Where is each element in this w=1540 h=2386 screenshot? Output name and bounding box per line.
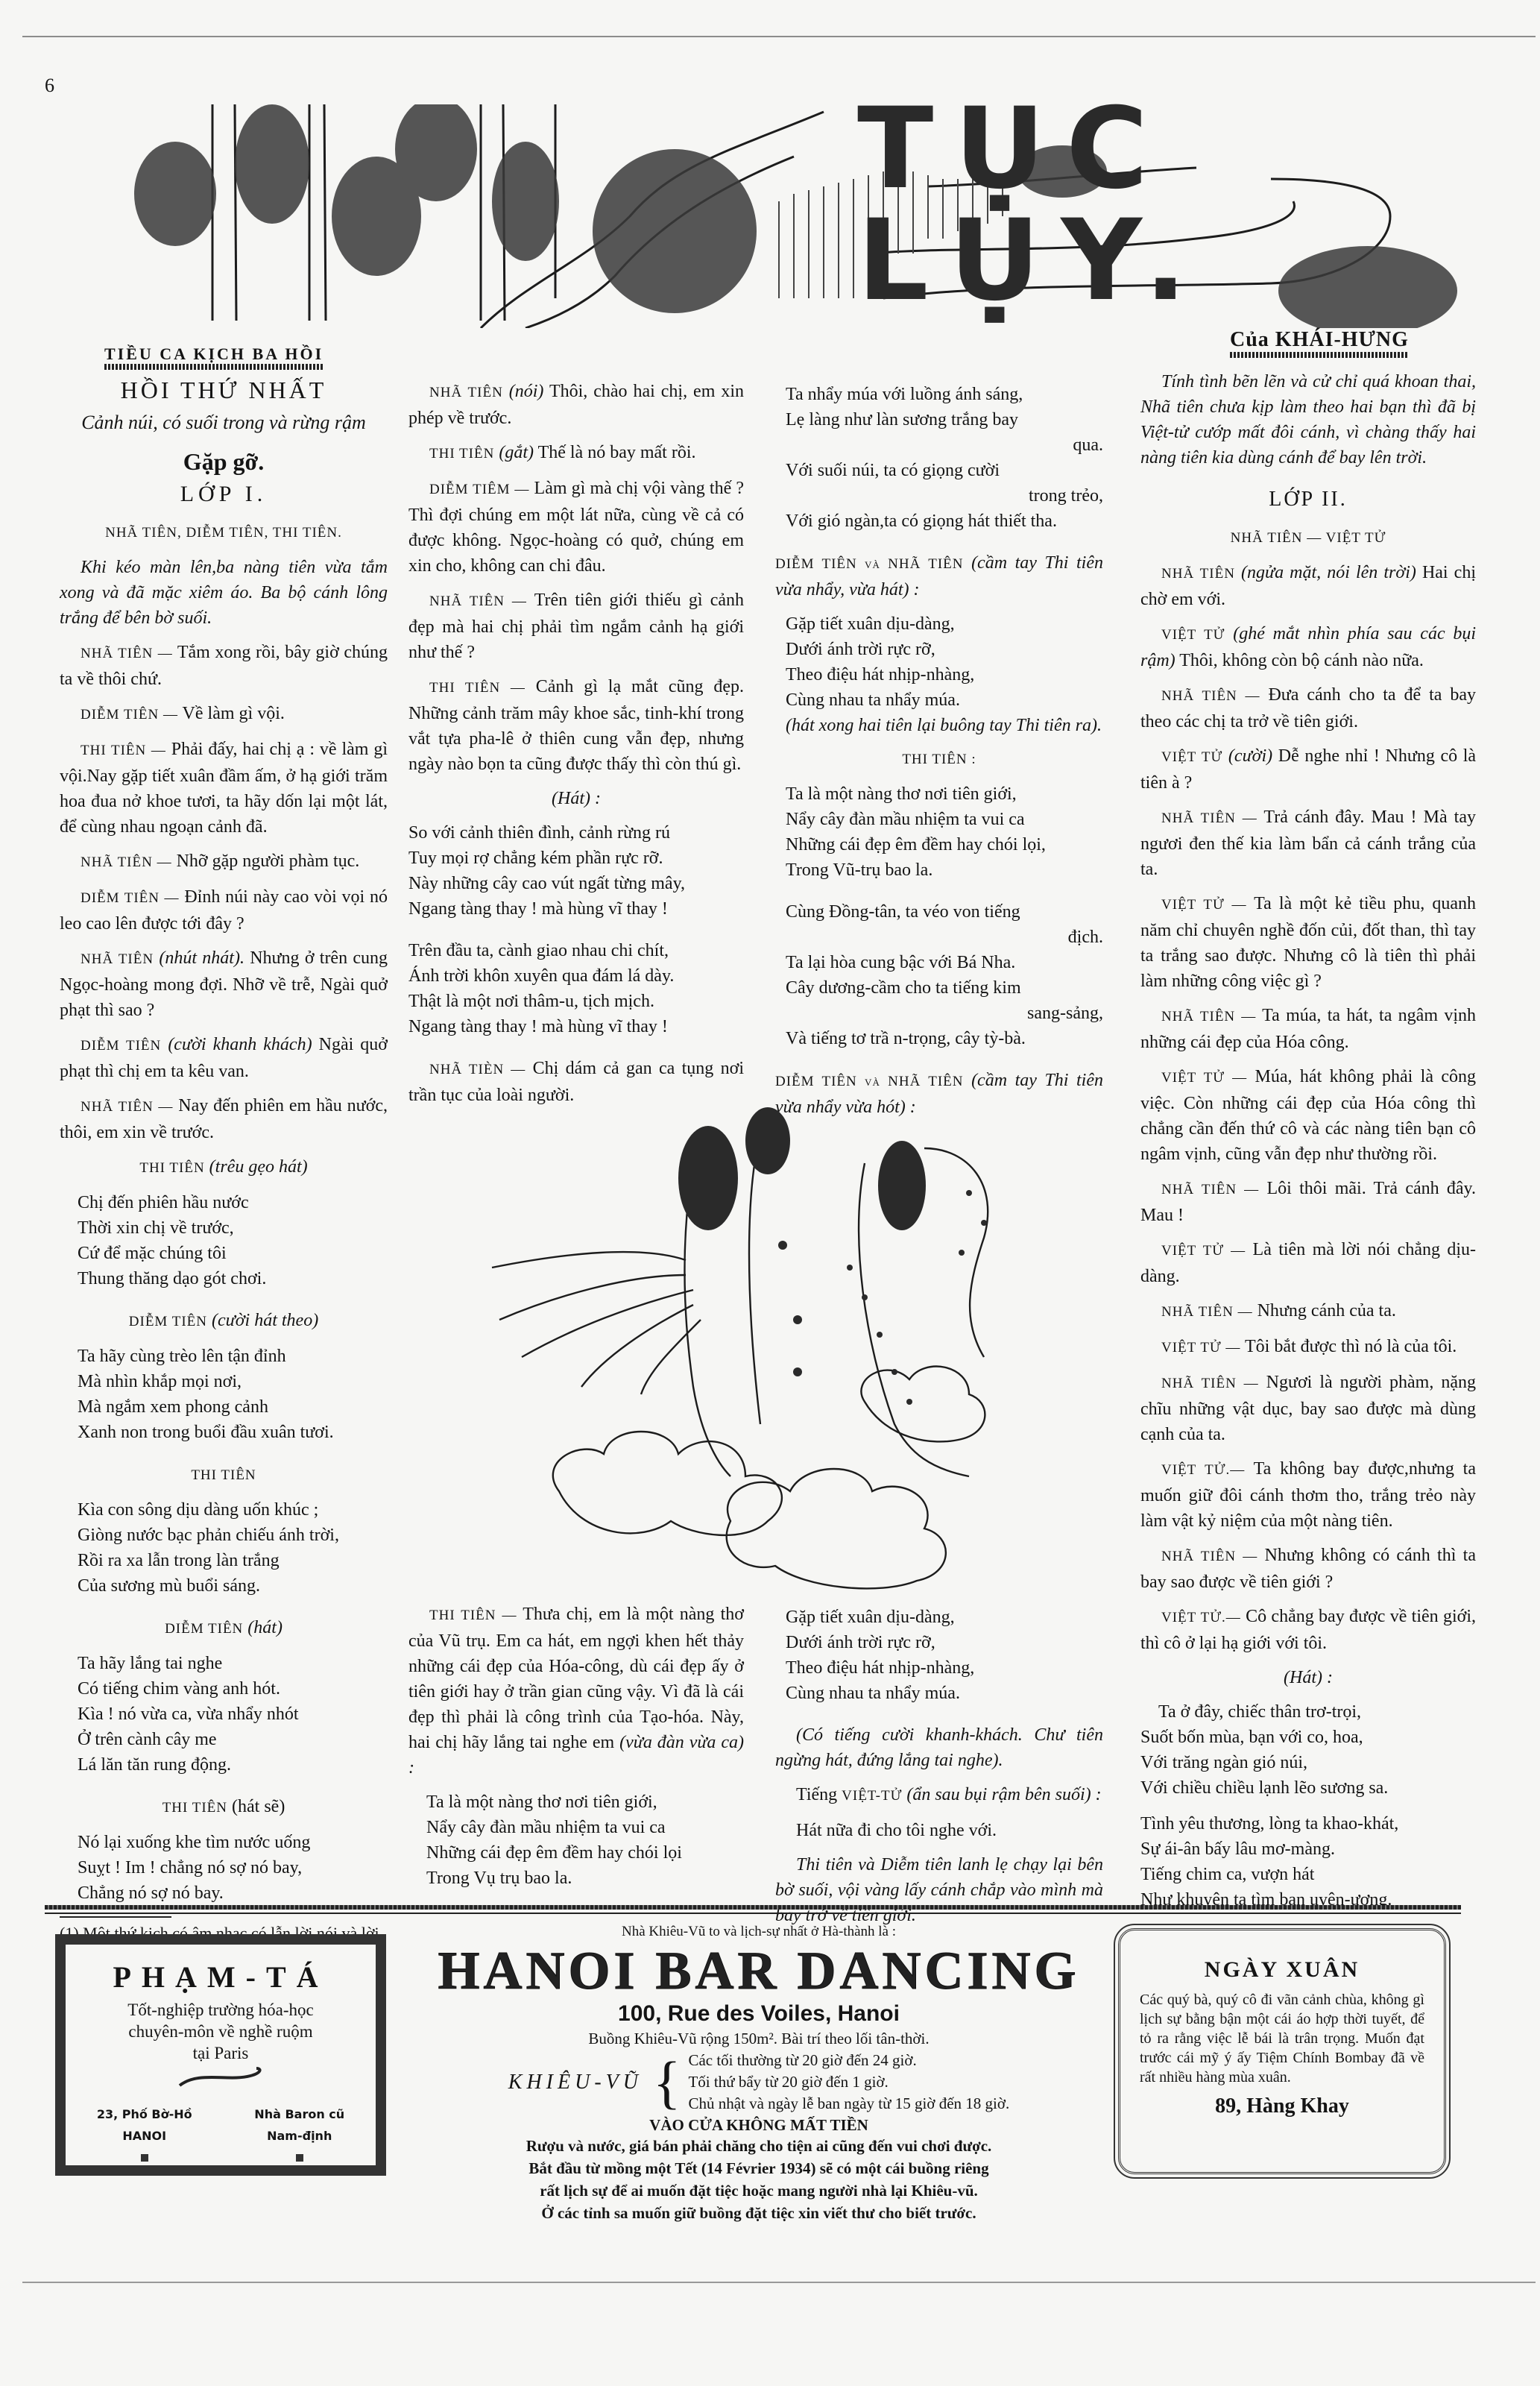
text-column2-verse2-2: Thật là một nơi thâm-u, tịch mịch. <box>408 989 744 1014</box>
three-fairies-illustration <box>447 1074 1103 1596</box>
text-column3-thi-verse1-0: Ta là một nàng thơ nơi tiên giới, <box>786 781 1103 807</box>
song-verse: Ta là một nàng thơ nơi tiên giới,Nẩy cây… <box>786 781 1103 883</box>
text-ads-hanoi-bar-hours-1: Tối thứ bẩy từ 20 giờ đến 1 giờ. <box>688 2071 1009 2093</box>
text-ads-hanoi-bar-body-0: Rượu và nước, giá bán phải chăng cho tiệ… <box>408 2135 1109 2157</box>
dialogue-line: NHÃ TIÊN — Ta múa, ta hát, ta ngâm vịnh … <box>1140 1003 1476 1055</box>
layout-element <box>727 1469 946 1588</box>
text-column1-lines-1-text: Về làm gì vội. <box>183 704 285 723</box>
text-column2-lower-verse-2: Những cái đẹp êm đềm hay chói lọi <box>426 1840 744 1866</box>
text-column2-verse2-1: Ánh trời khôn xuyên qua đám lá dày. <box>408 963 744 989</box>
text-column1-songs-0-speaker: THI TIÊN <box>139 1160 204 1176</box>
text-column4-verse1-3: Với chiều chiều lạnh lẽo sương sa. <box>1140 1775 1476 1801</box>
text-column4-lines-4-speaker: NHÃ TIÊN — <box>1161 810 1257 826</box>
song-verse: Ta hãy lắng tai ngheCó tiếng chim vàng a… <box>78 1651 388 1778</box>
layout-element <box>892 1369 897 1375</box>
text-column2-verse1-3: Ngang tàng thay ! mà hùng vĩ thay ! <box>408 896 744 922</box>
song-heading: DIỄM TIÊN (hát) <box>60 1615 388 1642</box>
text-column2-lines-2-speaker: DIỄM TIÊM — <box>429 482 529 497</box>
text-ads-pham-ta-desc-0: Tốt-nghiệp trường hóa-học <box>66 1999 376 2021</box>
dialogue-line: VIỆT TỬ — Múa, hát không phải là công vi… <box>1140 1064 1476 1167</box>
text-column2-lines-4-speaker: THI TIÊN — <box>429 680 526 696</box>
text-column4-lines-1-speaker: VIỆT TỬ <box>1161 627 1225 643</box>
text-ads-pham-ta-desc-2: tại Paris <box>66 2042 376 2064</box>
series-label: TIỀU CA KỊCH BA HỒI <box>104 344 324 370</box>
text-column2-verse1-1: Tuy mọi rợ chẳng kém phần rực rỡ. <box>408 846 744 871</box>
text-column2-lower-text: Thưa chị, em là một nàng thơ của Vũ trụ.… <box>408 1605 744 1752</box>
text-column4-verse1-1: Suốt bốn mùa, bạn với co, hoa, <box>1140 1725 1476 1750</box>
text-column4-verse2-2: Tiếng chim ca, vượn hát <box>1140 1862 1476 1887</box>
text-column4-lines-6-speaker: NHÃ TIÊN — <box>1161 1009 1256 1024</box>
stage-direction: (hát xong hai tiên lại buông tay Thi tiê… <box>786 713 1103 738</box>
song-verse: Ta hãy cùng trèo lên tận đỉnhMà nhìn khắ… <box>78 1344 388 1445</box>
dialogue-line: VIỆT TỬ — Tôi bắt được thì nó là của tôi… <box>1140 1334 1476 1361</box>
text-column3-duet-verse-0: Gặp tiết xuân dịu-dàng, <box>786 611 1103 637</box>
text-column1-songs-2-speaker: THI TIÊN <box>191 1467 256 1483</box>
ad-pham-ta: PHẠM-TÁ Tốt-nghiệp trường hóa-họcchuyên-… <box>55 1934 386 2176</box>
text-column4-lines-2-speaker: NHÃ TIÊN — <box>1161 688 1260 704</box>
ad-ngay-xuan: NGÀY XUÂN Các quý bà, quý cô đi vãn cảnh… <box>1118 1928 1446 2174</box>
text-ads-hanoi-bar-hours-2: Chủ nhật và ngày lễ ban ngày từ 15 giờ đ… <box>688 2093 1009 2115</box>
text-column4-lines-12-speaker: NHÃ TIÊN — <box>1161 1376 1259 1391</box>
dialogue-line: THI TIÊN — Cảnh gì lạ mắt cũng đẹp. Nhữn… <box>408 674 744 777</box>
offstage-voice: Tiếng VIỆT-TỬ (ẩn sau bụi rậm bên suối) … <box>775 1782 1103 1809</box>
layout-element <box>593 149 757 313</box>
layout-element <box>745 1107 790 1174</box>
layout-element <box>235 104 309 224</box>
text-column3-lower-voice-prefix: Tiếng <box>796 1785 837 1804</box>
dialogue-line: THI TIÊN — Thưa chị, em là một nàng thơ … <box>408 1602 744 1781</box>
layout-element <box>492 1252 701 1394</box>
layout-element <box>862 1294 868 1300</box>
text-column3-verse-top-0-t: Ta nhẩy múa với luồng ánh sáng, <box>786 382 1103 407</box>
layout-element <box>877 1332 883 1338</box>
author-underline <box>1230 352 1409 358</box>
text-column1-songs-3-verse-1: Có tiếng chim vàng anh hót. <box>78 1676 388 1702</box>
text-column2-lines-1-speaker: THI TIÊN <box>429 446 494 462</box>
text-column1-songs-4-verse-1: Suỵt ! Im ! chẳng nó sợ nó bay, <box>78 1855 388 1880</box>
text-column2-lower-verse-1: Nẩy cây đàn mầu nhiệm ta vui ca <box>426 1815 744 1840</box>
song-verse: Ta ở đây, chiếc thân trơ-trọi,Suốt bốn m… <box>1140 1699 1476 1801</box>
text-ads-hanoi-bar-hours-0: Các tối thường từ 20 giờ đến 24 giờ. <box>688 2050 1009 2071</box>
text-column2-lines-3-speaker: NHÃ TIÊN — <box>429 594 527 609</box>
song-heading: THI TIÊN (trêu gẹo hát) <box>60 1154 388 1181</box>
text-column1-songs-4-verse-0: Nó lại xuống khe tìm nước uống <box>78 1830 388 1855</box>
bottom-rule <box>22 2282 1536 2283</box>
ad-hanoi-bar-name: HANOI BAR DANCING <box>408 1940 1109 2001</box>
text-column3-thi-verse2-0-t: Cùng Đồng-tân, ta véo von tiếng <box>786 899 1103 925</box>
column-3: Ta nhẩy múa với luồng ánh sáng,Lẹ làng n… <box>775 379 1103 1129</box>
text-column4-lines-7-speaker: VIỆT TỬ — <box>1161 1070 1247 1086</box>
text-column3-lower-verse-0: Gặp tiết xuân dịu-dàng, <box>786 1605 1103 1630</box>
dialogue-line: VIỆT TỬ (ghé mắt nhìn phía sau các bụi r… <box>1140 621 1476 673</box>
song-verse: Ta nhẩy múa với luồng ánh sáng,Lẹ làng n… <box>786 382 1103 534</box>
text-column3-lower-voice-direction: (ẩn sau bụi rậm bên suối) : <box>906 1785 1101 1804</box>
dialogue-line: NHÃ TIÊN — Nay đến phiên em hầu nước, th… <box>60 1093 388 1145</box>
lop-heading: LỚP II. <box>1140 487 1476 512</box>
text-column3-thi-verse1-3: Trong Vũ-trụ bao la. <box>786 857 1103 883</box>
title-word-2: LỤY. <box>857 205 1208 317</box>
text-ads-pham-ta-address-left-0: 23, Phố Bờ-Hồ <box>97 2103 192 2125</box>
text-column1-songs-3-speaker: DIỄM TIÊN <box>165 1621 243 1637</box>
song-verse: Chị đến phiên hầu nướcThời xin chị về tr… <box>78 1190 388 1291</box>
text-column1-songs-0-verse-2: Cứ để mặc chúng tôi <box>78 1241 388 1266</box>
layout-element <box>878 1141 926 1230</box>
text-ads-pham-ta-address-left-1: HANOI <box>97 2125 192 2147</box>
text-column3-duet-verse-3: Cùng nhau ta nhẩy múa. <box>786 687 1103 713</box>
intro-paragraph: Tính tình bẽn lẽn và cử chỉ quá khoan th… <box>1140 369 1476 470</box>
ad-hours: KHIÊU-VŨ { Các tối thường từ 20 giờ đến … <box>408 2050 1109 2115</box>
text-column2-lines-0-speaker: NHÃ TIÊN <box>429 385 503 400</box>
text-header-series: TIỀU CA KỊCH BA HỒI <box>104 344 324 364</box>
bullet-square-icon <box>141 2154 148 2162</box>
dialogue-line: NHÃ TIÊN — Nhưng không có cánh thì ta ba… <box>1140 1543 1476 1595</box>
text-column1-songs-1-direction: (cười hát theo) <box>212 1311 318 1330</box>
address-hanoi: 23, Phố Bờ-HồHANOI <box>97 2103 192 2168</box>
text-column2-lower-verse-0: Ta là một nàng thơ nơi tiên giới, <box>426 1789 744 1815</box>
text-column1-songs-0-direction: (trêu gẹo hát) <box>209 1157 308 1177</box>
text-column1-songs-1-verse-2: Mà ngắm xem phong cảnh <box>78 1394 388 1420</box>
text-column4-lines-8-speaker: NHÃ TIÊN — <box>1161 1182 1259 1197</box>
layout-element <box>678 1107 987 1405</box>
dialogue-line: THI TIÊN — Phải đấy, hai chị ạ : về làm … <box>60 737 388 840</box>
text-column4-lines-11-text: Tôi bắt được thì nó là của tôi. <box>1245 1337 1457 1356</box>
layout-element <box>924 1148 988 1357</box>
dialogue-line: NHÃ TIÊN — Tắm xong rồi, bây giờ chúng t… <box>60 640 388 692</box>
layout-element <box>906 1399 912 1405</box>
text-ads-pham-ta-address-right-1: Nam-định <box>254 2125 344 2147</box>
top-rule <box>22 36 1536 37</box>
text-column4-lines-14-speaker: NHÃ TIÊN — <box>1161 1549 1257 1564</box>
song-heading: THI TIÊN : <box>775 747 1103 772</box>
text-column3-duet-verse-1: Dưới ánh trời rực rỡ, <box>786 637 1103 662</box>
text-column2-verse2-0: Trên đầu ta, cành giao nhau chi chít, <box>408 938 744 963</box>
text-column3-thi-verse1-1: Nẩy cây đàn mầu nhiệm ta vui ca <box>786 807 1103 832</box>
dialogue-line: VIỆT TỬ — Là tiên mà lời nói chẳng dịu-d… <box>1140 1237 1476 1289</box>
text-column4-lines-0-direction: (ngửa mặt, nói lên trời) <box>1241 563 1416 582</box>
song-heading: DIỄM TIÊN (cười hát theo) <box>60 1308 388 1335</box>
duet-direction: DIỄM TIÊN và NHÃ TIÊN (cầm tay Thi tiên … <box>775 550 1103 602</box>
layout-element <box>847 1265 853 1271</box>
text-column1-songs-2-verse-2: Rồi ra xa lẫn trong làn trắng <box>78 1548 388 1573</box>
text-column1-songs-4-direction: (hát sẽ) <box>232 1797 285 1816</box>
layout-element <box>778 1241 787 1250</box>
ad-pham-ta-addresses: 23, Phố Bờ-HồHANOI Nhà Baron cũNam-định <box>66 2103 376 2168</box>
text-column1-songs-3-verse-3: Ở trên cành cây me <box>78 1727 388 1752</box>
song-heading: THI TIÊN <box>60 1461 388 1488</box>
text-column1-songs-4-verse-2: Chẳng nó sợ nó bay. <box>78 1880 388 1906</box>
column-4: Tính tình bẽn lẽn và cử chỉ quá khoan th… <box>1140 369 1476 1929</box>
scene-description: Cảnh núi, có suối trong và rừng rậm <box>60 410 388 435</box>
text-column3-thi-verse2-1-t: địch. <box>786 925 1103 950</box>
text-ads-pham-ta-desc-1: chuyên-môn về nghề ruộm <box>66 2021 376 2042</box>
text-column4-lines-11-speaker: VIỆT TỬ — <box>1161 1340 1240 1356</box>
text-column1-lines-3-text: Nhỡ gặp người phàm tục. <box>177 852 360 871</box>
layout-element <box>959 1250 965 1256</box>
text-column2-lines-1-text: Thế là nó bay mất rồi. <box>538 443 696 462</box>
text-column3-verse-top-5-t: Với gió ngàn,ta có giọng hát thiết tha. <box>786 509 1103 534</box>
text-column2-lines-0-direction: (nói) <box>509 382 544 401</box>
text-column1-songs-3-direction: (hát) <box>247 1618 283 1637</box>
ornament-swash-icon <box>176 2067 265 2089</box>
text-ads-hanoi-bar-body-2: rất lịch sự để ai muốn đặt tiệc hoặc man… <box>408 2179 1109 2202</box>
dialogue-line: NHÃ TIÊN — Lôi thôi mãi. Trả cánh đây. M… <box>1140 1176 1476 1228</box>
text-column3-thi-verse2-2-t: Ta lại hòa cung bậc với Bá Nha. <box>786 950 1103 975</box>
layout-element <box>793 1367 802 1376</box>
character-list: NHÃ TIÊN — VIỆT TỬ <box>1140 526 1476 551</box>
sing-label: (Hát) : <box>408 786 744 811</box>
text-column1-songs-3-verse-4: Lá lăn tăn rung động. <box>78 1752 388 1778</box>
text-column1-lines-4-speaker: DIỄM TIÊN — <box>81 890 180 906</box>
text-column1-songs-2-verse-3: Của sương mù buổi sáng. <box>78 1573 388 1599</box>
text-column1-lines-0-speaker: NHÃ TIÊN — <box>81 646 173 661</box>
text-column1-songs-0-verse-0: Chị đến phiên hầu nước <box>78 1190 388 1215</box>
text-column3-thi-verse1-2: Những cái đẹp êm đềm hay chói lọi, <box>786 832 1103 857</box>
text-column1-songs-1-verse-3: Xanh non trong buổi đầu xuân tươi. <box>78 1420 388 1445</box>
text-column2-verse1-2: Này những cây cao vút ngất từng mây, <box>408 871 744 896</box>
text-column1-lines-5-direction: (nhút nhát). <box>159 948 244 968</box>
text-column3-lower-verse-3: Cùng nhau ta nhẩy múa. <box>786 1681 1103 1706</box>
text-column3-duet-verse-2: Theo điệu hát nhịp-nhàng, <box>786 662 1103 687</box>
dialogue-line: DIỄM TIÊN — Về làm gì vội. <box>60 701 388 728</box>
text-column3-thi-verse2-4-t: sang-sảng, <box>786 1001 1103 1026</box>
layout-element <box>492 142 559 261</box>
series-underline <box>104 364 324 370</box>
stage-direction: (Có tiếng cười khanh-khách. Chư tiên ngừ… <box>775 1722 1103 1773</box>
text-column1-lines-1-speaker: DIỄM TIÊN — <box>81 707 178 723</box>
text-column3-thi-verse2-5-t: Và tiếng tơ trầ n-trọng, cây tỳ-bà. <box>786 1026 1103 1051</box>
layout-element <box>678 1126 738 1230</box>
dialogue-line: NHÃ TIÊN — Trả cánh đây. Mau ! Mà tay ng… <box>1140 805 1476 882</box>
song-heading: THI TIÊN (hát sẽ) <box>60 1794 388 1821</box>
text-column1-songs-2-verse-0: Kìa con sông dịu dàng uốn khúc ; <box>78 1497 388 1523</box>
text-column2-lines-1-direction: (gắt) <box>499 443 534 462</box>
text-column1-songs-4-speaker: THI TIÊN <box>162 1800 227 1816</box>
text-column4-verse2-1: Sự ái-ân bấy lâu mơ-màng. <box>1140 1836 1476 1862</box>
text-column3-duet-intro-speaker: DIỄM TIÊN và NHÃ TIÊN <box>775 556 964 572</box>
page-number: 6 <box>45 75 54 97</box>
dialogue-line: DIỄM TIÊN — Đỉnh núi này cao vòi vọi nó … <box>60 884 388 937</box>
layout-element: Các tối thường từ 20 giờ đến 24 giờ.Tối … <box>688 2050 1009 2115</box>
layout-element <box>553 1432 782 1535</box>
text-column4-lines-10-speaker: NHÃ TIÊN — <box>1161 1304 1253 1320</box>
dialogue-line: DIỄM TIÊM — Làm gì mà chị vội vàng thế ?… <box>408 476 744 579</box>
text-column3-verse-top-1-t: Lẹ làng như làn sương trắng bay <box>786 407 1103 432</box>
character-list: NHÃ TIÊN, DIỄM TIÊN, THI TIÊN. <box>60 520 388 546</box>
text-column4-verse1-2: Với trăng ngàn gió núi, <box>1140 1750 1476 1775</box>
section-divider-thin <box>45 1913 1461 1914</box>
text-column1-songs-0-verse-1: Thời xin chị về trước, <box>78 1215 388 1241</box>
dialogue-line: NHÃ TIÊN — Ngươi là người phàm, nặng chĩ… <box>1140 1370 1476 1447</box>
dialogue-line: THI TIÊN (gắt) Thế là nó bay mất rồi. <box>408 440 744 467</box>
layout-element <box>793 1315 802 1324</box>
text-column4-verse2-0: Tình yêu thương, lòng ta khao-khát, <box>1140 1811 1476 1836</box>
text-column1-songs-1-verse-1: Mà nhìn khắp mọi nơi, <box>78 1369 388 1394</box>
author-byline: Của KHÁI-HƯNG <box>1230 328 1409 358</box>
text-column1-songs-2-verse-1: Giòng nước bạc phản chiếu ánh trời, <box>78 1523 388 1548</box>
layout-element <box>180 2068 260 2086</box>
song-verse: Trên đầu ta, cành giao nhau chi chít,Ánh… <box>408 938 744 1039</box>
text-column4-lines-10-text: Nhưng cánh của ta. <box>1257 1301 1396 1321</box>
text-column1-lines-6-direction: (cười khanh khách) <box>168 1035 312 1054</box>
section-divider <box>45 1905 1461 1910</box>
text-column4-lines-15-speaker: VIỆT TỬ.— <box>1161 1610 1241 1625</box>
ad-hanoi-bar-dancing: Nhà Khiêu-Vũ to và lịch-sự nhất ở Hà-thà… <box>408 1916 1109 2224</box>
dialogue-line: DIỄM TIÊN (cười khanh khách) Ngài quở ph… <box>60 1032 388 1084</box>
column-2-lower: THI TIÊN — Thưa chị, em là một nàng thơ … <box>408 1602 744 1907</box>
dialogue-line: VIỆT TỬ.— Ta không bay được,nhưng ta muố… <box>1140 1456 1476 1534</box>
ad-body: Rượu và nước, giá bán phải chăng cho tiệ… <box>408 2135 1109 2224</box>
ad-hanoi-bar-address: 100, Rue des Voiles, Hanoi <box>408 2001 1109 2027</box>
column-3-lower: Gặp tiết xuân dịu-dàng,Dưới ánh trời rực… <box>775 1602 1103 1937</box>
layout-element <box>981 1220 987 1226</box>
text-column1-lines-6-speaker: DIỄM TIÊN <box>81 1038 161 1054</box>
text-column2-lower-speaker: THI TIÊN — <box>429 1608 517 1623</box>
stage-direction: Khi kéo màn lên,ba nàng tiên vừa tắm xon… <box>60 555 388 631</box>
text-ads-hanoi-bar-body-3: Ở các tỉnh sa muốn giữ buồng đặt tiệc xi… <box>408 2202 1109 2224</box>
ad-pham-ta-desc: Tốt-nghiệp trường hóa-họcchuyên-môn về n… <box>66 1999 376 2064</box>
dialogue-line: VIỆT TỬ — Ta là một kẻ tiều phu, quanh n… <box>1140 891 1476 994</box>
title-word-1: TỤC <box>857 93 1169 205</box>
text-ads-hanoi-bar-hours-label: KHIÊU-VŨ <box>508 2071 643 2094</box>
dialogue-line: NHÃ TIÊN — Trên tiên giới thiếu gì cảnh … <box>408 588 744 665</box>
dialogue-line: NHÃ TIÊN — Nhỡ gặp người phàm tục. <box>60 849 388 875</box>
layout-element <box>134 142 216 246</box>
ad-room-info: Buồng Khiêu-Vũ rộng 150m². Bài trí theo … <box>408 2030 1109 2048</box>
text-column1-songs-1-verse-0: Ta hãy cùng trèo lên tận đỉnh <box>78 1344 388 1369</box>
dialogue-line: Hát nữa đi cho tôi nghe với. <box>775 1818 1103 1843</box>
act-heading: HỒI THỨ NHẤT <box>60 377 388 403</box>
text-column1-lines-3-speaker: NHÃ TIÊN — <box>81 854 172 870</box>
text-header-author: Của KHÁI-HƯNG <box>1230 328 1409 352</box>
song-verse: Kìa con sông dịu dàng uốn khúc ;Giòng nư… <box>78 1497 388 1599</box>
text-column4-lines-3-speaker: VIỆT TỬ <box>1161 749 1222 765</box>
text-column3-verse-top-2-t: qua. <box>786 432 1103 458</box>
song-verse: Ta là một nàng thơ nơi tiên giới,Nẩy cây… <box>426 1789 744 1891</box>
story-title: TỤCLỤY. <box>857 93 1540 317</box>
text-column1-songs-1-speaker: DIỄM TIÊN <box>129 1314 207 1329</box>
ad-ngay-xuan-name: NGÀY XUÂN <box>1140 1957 1424 1983</box>
text-column4-lines-9-speaker: VIỆT TỬ — <box>1161 1243 1246 1259</box>
text-column3-lower-verse-1: Dưới ánh trời rực rỡ, <box>786 1630 1103 1655</box>
song-verse: So với cảnh thiên đình, cảnh rừng rúTuy … <box>408 820 744 922</box>
ad-lead: Nhà Khiêu-Vũ to và lịch-sự nhất ở Hà-thà… <box>408 1924 1109 1940</box>
text-column1-songs-0-verse-3: Thung thăng dạo gót chơi. <box>78 1266 388 1291</box>
text-column1-songs-3-verse-2: Kìa ! nó vừa ca, vừa nhẩy nhót <box>78 1702 388 1727</box>
text-column3-lower-verse-2: Theo điệu hát nhịp-nhàng, <box>786 1655 1103 1681</box>
scene-title: Gặp gỡ. <box>60 449 388 474</box>
lop-heading: LỚP I. <box>60 482 388 507</box>
text-column3-verse-top-3-t: Với suối núi, ta có giọng cười <box>786 458 1103 483</box>
dialogue-line: NHÃ TIÊN — Nhưng cánh của ta. <box>1140 1298 1476 1325</box>
text-column4-lines-13-speaker: VIỆT TỬ.— <box>1161 1462 1245 1478</box>
bullet-square-icon <box>296 2154 303 2162</box>
text-column4-lines-1-text: Thôi, không còn bộ cánh nào nữa. <box>1179 651 1424 670</box>
song-verse: Tình yêu thương, lòng ta khao-khát,Sự ái… <box>1140 1811 1476 1913</box>
layout-element <box>324 104 326 321</box>
dialogue-line: NHÃ TIÊN (nhút nhát). Nhưng ở trên cung … <box>60 945 388 1023</box>
layout-element <box>966 1190 972 1196</box>
dialogue-line: NHÃ TIÊN (ngửa mặt, nói lên trời) Hai ch… <box>1140 560 1476 612</box>
text-column2-lower-verse-3: Trong Vụ trụ bao la. <box>426 1866 744 1891</box>
ad-ngay-xuan-body: Các quý bà, quý cô đi vãn cảnh chùa, khô… <box>1140 1990 1424 2087</box>
column-1: HỒI THỨ NHẤT Cảnh núi, có suối trong và … <box>60 373 388 1967</box>
text-column3-lower-voice-speaker: VIỆT-TỬ <box>842 1788 902 1804</box>
address-namdinh: Nhà Baron cũNam-định <box>254 2103 344 2168</box>
text-column2-verse1-0: So với cảnh thiên đình, cảnh rừng rú <box>408 820 744 846</box>
text-column1-lines-7-speaker: NHÃ TIÊN — <box>81 1099 173 1115</box>
text-column4-lines-3-direction: (cười) <box>1228 746 1272 766</box>
song-verse: Gặp tiết xuân dịu-dàng,Dưới ánh trời rực… <box>786 611 1103 713</box>
text-column3-thi-verse2-3-t: Cây dương-cầm cho ta tiếng kim <box>786 975 1103 1001</box>
text-column2-verse2-3: Ngang tàng thay ! mà hùng vĩ thay ! <box>408 1014 744 1039</box>
dialogue-line: NHÃ TIÊN — Đưa cánh cho ta để ta bay the… <box>1140 682 1476 734</box>
text-column1-songs-3-verse-0: Ta hãy lắng tai nghe <box>78 1651 388 1676</box>
song-verse: Nó lại xuống khe tìm nước uốngSuỵt ! Im … <box>78 1830 388 1906</box>
text-ads-pham-ta-address-right-0: Nhà Baron cũ <box>254 2103 344 2125</box>
ad-ngay-xuan-address: 89, Hàng Khay <box>1140 2094 1424 2118</box>
text-column4-lines-5-speaker: VIỆT TỬ — <box>1161 897 1247 913</box>
text-column4-lines-0-speaker: NHÃ TIÊN <box>1161 566 1235 582</box>
song-verse: Cùng Đồng-tân, ta véo von tiếngđịch.Ta l… <box>786 899 1103 1051</box>
footnote-rule <box>60 1916 171 1918</box>
text-column3-verse-top-4-t: trong trẻo, <box>786 483 1103 509</box>
dialogue-line: NHÃ TIÊN (nói) Thôi, chào hai chị, em xi… <box>408 379 744 431</box>
layout-element <box>235 104 236 321</box>
sing-label: (Hát) : <box>1140 1665 1476 1690</box>
ad-pham-ta-name: PHẠM-TÁ <box>66 1960 376 1995</box>
text-column4-verse1-0: Ta ở đây, chiếc thân trơ-trọi, <box>1140 1699 1476 1725</box>
text-ads-hanoi-bar-body-1: Bắt đầu từ mồng một Tết (14 Février 1934… <box>408 2157 1109 2179</box>
dialogue-line: VIỆT TỬ (cười) Dễ nghe nhỉ ! Nhưng cô là… <box>1140 743 1476 796</box>
text-column1-lines-5-speaker: NHÃ TIÊN <box>81 951 154 967</box>
layout-element <box>749 1133 760 1424</box>
column-2: NHÃ TIÊN (nói) Thôi, chào hai chị, em xi… <box>408 379 744 1117</box>
song-verse: Gặp tiết xuân dịu-dàng,Dưới ánh trời rực… <box>786 1605 1103 1706</box>
brace-icon: { <box>653 2053 681 2112</box>
dialogue-line: VIỆT TỬ.— Cô chẳng bay được về tiên giới… <box>1140 1604 1476 1656</box>
text-column1-lines-2-speaker: THI TIÊN — <box>81 743 166 758</box>
ad-free-entry: VÀO CỬA KHÔNG MẤT TIỀN <box>408 2116 1109 2135</box>
